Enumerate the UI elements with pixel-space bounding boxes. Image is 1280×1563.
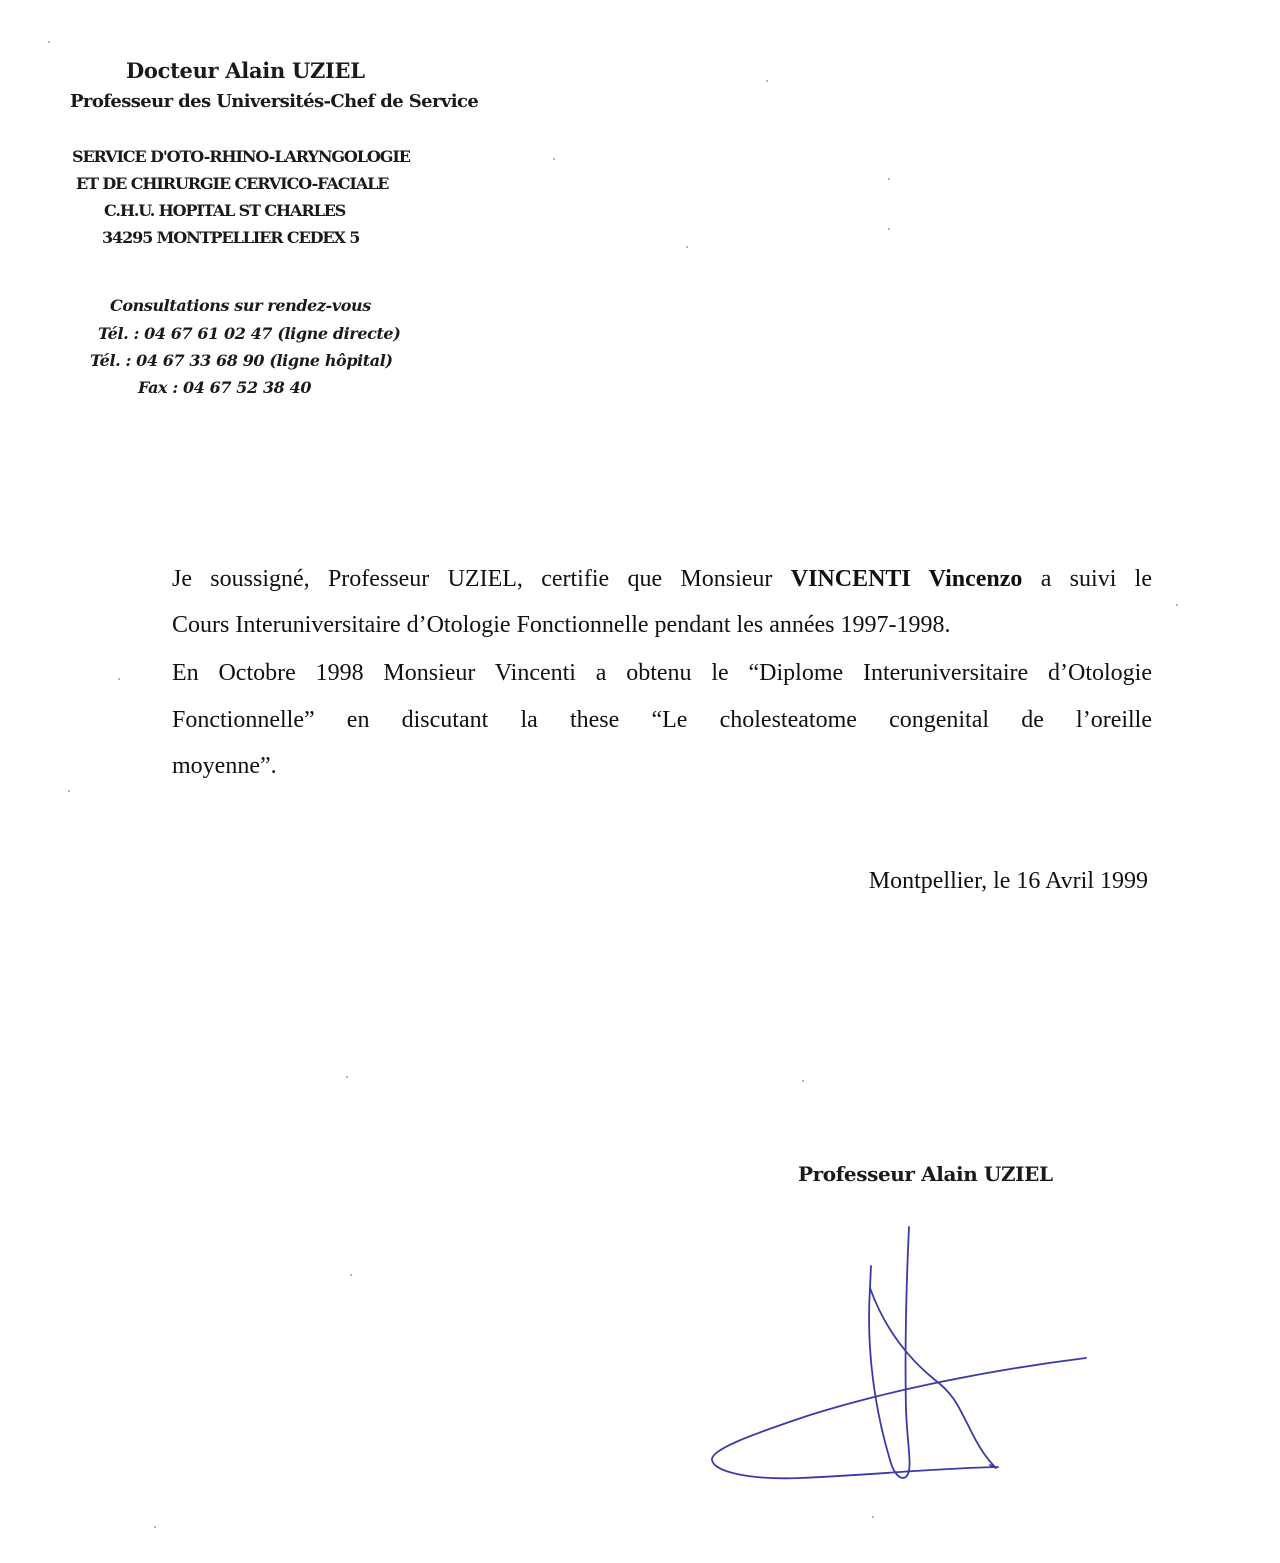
body-line: Je soussigné, Professeur UZIEL, certifie… (172, 566, 1152, 593)
phone-hospital: Tél. : 04 67 33 68 90 (ligne hôpital) (90, 351, 393, 370)
scan-speck (686, 246, 688, 248)
doctor-name: Docteur Alain UZIEL (126, 58, 365, 83)
service-line: ET DE CHIRURGIE CERVICO-FACIALE (76, 174, 388, 193)
signer-name: Professeur Alain UZIEL (798, 1162, 1053, 1186)
consultation-note: Consultations sur rendez-vous (110, 296, 371, 315)
scan-speck (350, 1274, 352, 1276)
student-name: VINCENTI Vincenzo (791, 566, 1023, 592)
scan-speck (888, 228, 890, 230)
scan-speck (346, 1076, 348, 1078)
address-line: 34295 MONTPELLIER CEDEX 5 (102, 228, 359, 247)
body-text: Je soussigné, Professeur UZIEL, certifie… (172, 566, 791, 592)
hospital-line: C.H.U. HOPITAL ST CHARLES (104, 201, 345, 220)
service-line: SERVICE D'OTO-RHINO-LARYNGOLOGIE (72, 147, 410, 166)
scan-speck (872, 1516, 874, 1518)
body-text: a suivi le (1022, 566, 1152, 592)
body-line: moyenne”. (172, 753, 1152, 780)
body-line: Fonctionnelle” en discutant la these “Le… (172, 707, 1152, 734)
signature-icon (690, 1210, 1110, 1510)
scan-speck (766, 80, 768, 82)
scan-speck (68, 790, 70, 792)
place-date: Montpellier, le 16 Avril 1999 (869, 868, 1148, 895)
fax-number: Fax : 04 67 52 38 40 (138, 378, 311, 397)
body-line: Cours Interuniversitaire d’Otologie Fonc… (172, 612, 1152, 639)
scan-speck (118, 678, 120, 680)
scan-speck (154, 1526, 156, 1528)
scan-speck (888, 178, 890, 180)
scan-speck (1176, 604, 1178, 606)
phone-direct: Tél. : 04 67 61 02 47 (ligne directe) (98, 324, 400, 343)
scan-speck (48, 41, 50, 43)
body-line: En Octobre 1998 Monsieur Vincenti a obte… (172, 660, 1152, 687)
doctor-title: Professeur des Universités-Chef de Servi… (70, 91, 478, 112)
scan-speck (553, 158, 555, 160)
scan-speck (802, 1080, 804, 1082)
